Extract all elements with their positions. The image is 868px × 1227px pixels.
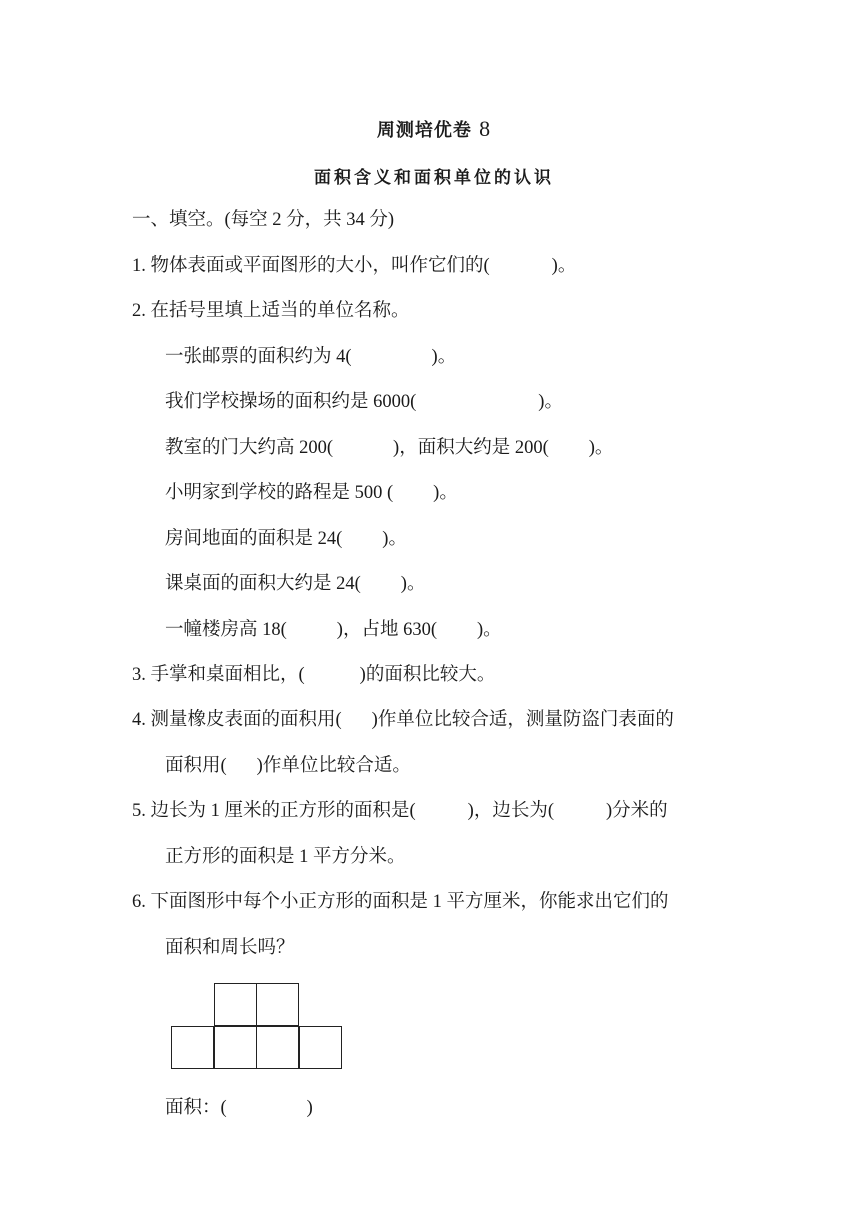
- title-number: 8: [479, 116, 491, 141]
- line-text: 房间地面的面积是 24(: [165, 529, 342, 549]
- question-2-intro: 2. 在括号里填上适当的单位名称。: [132, 299, 410, 323]
- section-heading: 一、填空。(每空 2 分，共 34 分): [132, 208, 394, 232]
- q1-text: 1. 物体表面或平面图形的大小，叫作它们的(: [132, 256, 490, 276]
- line-text: 教室的门大约高 200(: [165, 438, 333, 458]
- page-title: 周测培优卷 8: [0, 116, 868, 142]
- question-2-line-7: 一幢楼房高 18()，占地 630()。: [165, 618, 502, 642]
- question-6-line-2: 面积和周长吗？: [165, 936, 295, 960]
- line-text: 我们学校操场的面积约是 6000(: [165, 392, 416, 412]
- q4-text-mid: )作单位比较合适，测量防盗门表面的: [372, 710, 674, 730]
- area-label: 面积：(: [165, 1098, 227, 1118]
- question-5-line-1: 5. 边长为 1 厘米的正方形的面积是()，边长为()分米的: [132, 799, 668, 823]
- line-text-end: )。: [589, 438, 614, 458]
- question-4-line-1: 4. 测量橡皮表面的面积用()作单位比较合适，测量防盗门表面的: [132, 708, 674, 732]
- question-2-line-5: 房间地面的面积是 24()。: [165, 527, 407, 551]
- line-text-end: )。: [382, 529, 407, 549]
- question-2-line-6: 课桌面的面积大约是 24()。: [165, 572, 425, 596]
- line-text: 一张邮票的面积约为 4(: [165, 347, 352, 367]
- line-text: 课桌面的面积大约是 24(: [165, 574, 361, 594]
- q4-text-end: )作单位比较合适。: [257, 756, 411, 776]
- question-2-line-1: 一张邮票的面积约为 4()。: [165, 345, 456, 369]
- square: [214, 983, 257, 1026]
- question-2-line-2: 我们学校操场的面积约是 6000()。: [165, 390, 563, 414]
- area-close: ): [307, 1098, 313, 1118]
- line-text-mid: )，占地 630(: [337, 620, 437, 640]
- q3-text: 3. 手掌和桌面相比，(: [132, 665, 305, 685]
- question-1: 1. 物体表面或平面图形的大小，叫作它们的()。: [132, 254, 576, 278]
- line-text-end: )。: [538, 392, 563, 412]
- line-text-end: )。: [433, 483, 458, 503]
- q5-text: 5. 边长为 1 厘米的正方形的面积是(: [132, 801, 416, 821]
- question-2-line-3: 教室的门大约高 200()，面积大约是 200()。: [165, 436, 613, 460]
- question-3: 3. 手掌和桌面相比，()的面积比较大。: [132, 663, 495, 687]
- square: [171, 1026, 214, 1069]
- question-5-line-2: 正方形的面积是 1 平方分米。: [165, 845, 406, 869]
- line-text: 一幢楼房高 18(: [165, 620, 287, 640]
- line-text-end: )。: [401, 574, 426, 594]
- page-subtitle: 面积含义和面积单位的认识: [0, 163, 868, 188]
- line-text-mid: )，面积大约是 200(: [393, 438, 549, 458]
- q1-text-end: )。: [552, 256, 577, 276]
- question-6-line-1: 6. 下面图形中每个小正方形的面积是 1 平方厘米，你能求出它们的: [132, 890, 669, 914]
- q5-text-mid: )，边长为(: [468, 801, 554, 821]
- square: [299, 1026, 342, 1069]
- q5-text-end: )分米的: [606, 801, 668, 821]
- square: [256, 1026, 299, 1069]
- square: [256, 983, 299, 1026]
- question-4-line-2: 面积用()作单位比较合适。: [165, 754, 411, 778]
- line-text-end: )。: [477, 620, 502, 640]
- area-answer: 面积：(): [165, 1096, 313, 1120]
- line-text: 小明家到学校的路程是 500 (: [165, 483, 393, 503]
- question-2-line-4: 小明家到学校的路程是 500 ()。: [165, 481, 458, 505]
- q4-text: 4. 测量橡皮表面的面积用(: [132, 710, 342, 730]
- title-text: 周测培优卷: [377, 120, 472, 141]
- line-text-end: )。: [432, 347, 457, 367]
- square: [214, 1026, 257, 1069]
- q3-text-end: )的面积比较大。: [360, 665, 496, 685]
- q4-text: 面积用(: [165, 756, 227, 776]
